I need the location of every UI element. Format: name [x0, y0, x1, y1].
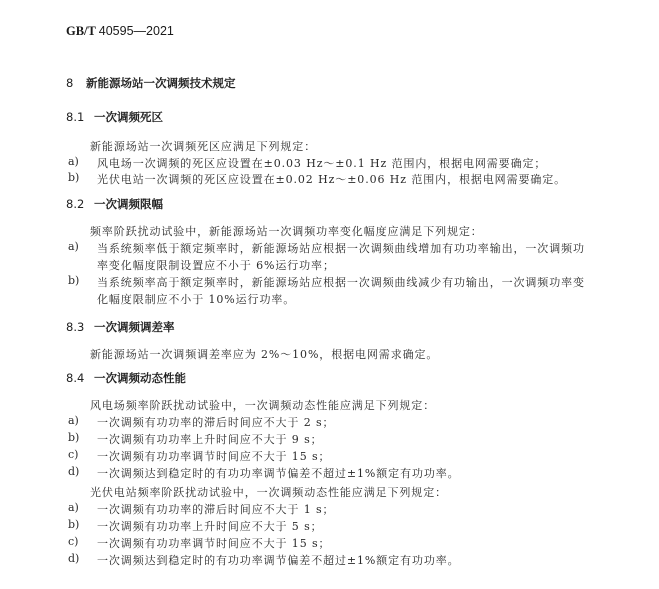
list-text: 当系统频率低于额定频率时，新能源场站应根据一次调频曲线增加有功功率输出，一次调频…	[97, 240, 585, 256]
paragraph: 新能源场站一次调频死区应满足下列规定：	[90, 138, 316, 154]
section-number: 8.4	[66, 371, 94, 385]
section-title: 一次调频动态性能	[94, 371, 186, 385]
list-text: 一次调频有功功率调节时间应不大于 15 s；	[97, 448, 330, 464]
list-text: 一次调频达到稳定时的有功功率调节偏差不超过±1%额定有功功率。	[97, 552, 460, 568]
list-label: b)	[68, 274, 79, 287]
list-label: a)	[68, 501, 79, 514]
list-text: 一次调频有功功率上升时间应不大于 9 s；	[97, 431, 323, 447]
section-8-1-heading: 8.1一次调频死区	[66, 109, 163, 125]
document-page: GB/T 40595—2021 8新能源场站一次调频技术规定 8.1一次调频死区…	[0, 0, 659, 589]
standard-code: GB/T 40595—2021	[66, 24, 174, 39]
list-label: d)	[68, 465, 79, 478]
list-text: 一次调频有功功率的滞后时间应不大于 1 s；	[97, 501, 334, 517]
list-label: b)	[68, 171, 79, 184]
paragraph: 新能源场站一次调频调差率应为 2%～10%，根据电网需求确定。	[90, 346, 438, 362]
section-8-4-heading: 8.4一次调频动态性能	[66, 370, 186, 386]
section-number: 8.3	[66, 320, 94, 334]
section-title: 一次调频调差率	[94, 320, 175, 334]
list-label: c)	[68, 535, 78, 548]
list-text-continued: 化幅度限制应不小于 10%运行功率。	[97, 291, 295, 307]
list-text: 光伏电站一次调频的死区应设置在±0.02 Hz～±0.06 Hz 范围内，根据电…	[97, 171, 566, 187]
list-label: c)	[68, 448, 78, 461]
list-label: a)	[68, 155, 79, 168]
list-label: a)	[68, 240, 79, 253]
list-label: d)	[68, 552, 79, 565]
list-label: b)	[68, 431, 79, 444]
section-8-2-heading: 8.2一次调频限幅	[66, 196, 163, 212]
standard-number: 40595—2021	[99, 24, 174, 38]
section-number: 8	[66, 76, 86, 90]
list-text: 一次调频有功功率的滞后时间应不大于 2 s；	[97, 414, 334, 430]
list-text: 一次调频达到稳定时的有功功率调节偏差不超过±1%额定有功功率。	[97, 465, 460, 481]
section-8-heading: 8新能源场站一次调频技术规定	[66, 75, 236, 91]
section-number: 8.2	[66, 197, 94, 211]
list-text-continued: 率变化幅度限制设置应不小于 6%运行功率；	[97, 257, 335, 273]
paragraph: 风电场频率阶跃扰动试验中，一次调频动态性能应满足下列规定：	[90, 397, 435, 413]
section-title: 新能源场站一次调频技术规定	[86, 76, 236, 90]
section-title: 一次调频死区	[94, 110, 163, 124]
section-8-3-heading: 8.3一次调频调差率	[66, 319, 175, 335]
list-text: 一次调频有功功率上升时间应不大于 5 s；	[97, 518, 323, 534]
paragraph: 频率阶跃扰动试验中，新能源场站一次调频功率变化幅度应满足下列规定：	[90, 223, 483, 239]
list-label: b)	[68, 518, 79, 531]
section-title: 一次调频限幅	[94, 197, 163, 211]
list-text: 一次调频有功功率调节时间应不大于 15 s；	[97, 535, 330, 551]
list-text: 风电场一次调频的死区应设置在±0.03 Hz～±0.1 Hz 范围内，根据电网需…	[97, 155, 546, 171]
standard-prefix: GB/T	[66, 24, 96, 38]
section-number: 8.1	[66, 110, 94, 124]
list-text: 当系统频率高于额定频率时，新能源场站应根据一次调频曲线减少有功输出，一次调频功率…	[97, 274, 585, 290]
list-label: a)	[68, 414, 79, 427]
paragraph: 光伏电站频率阶跃扰动试验中，一次调频动态性能应满足下列规定：	[90, 484, 447, 500]
